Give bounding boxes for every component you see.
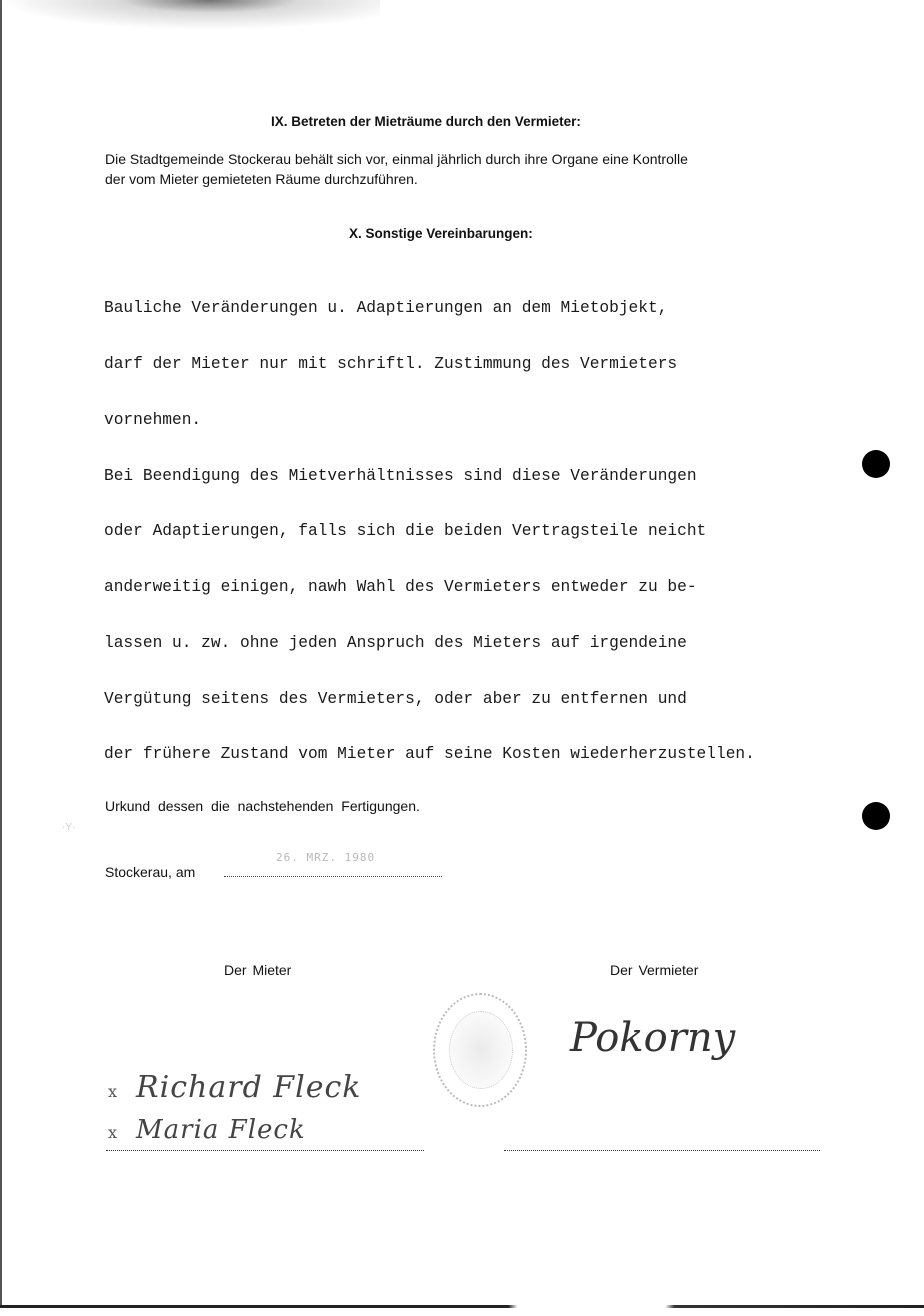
place-label: Stockerau, am	[105, 864, 195, 880]
coat-of-arms-icon	[449, 1011, 513, 1089]
typewritten-line: Bei Beendigung des Mietverhältnisses sin…	[104, 467, 755, 486]
section-ix-heading: IX. Betreten der Mieträume durch den Ver…	[271, 114, 581, 129]
cross-mark: x	[108, 1082, 118, 1101]
punch-hole	[862, 802, 890, 830]
punch-hole	[862, 450, 890, 478]
page-edge	[0, 0, 2, 1308]
signature-text: Maria Fleck	[136, 1115, 306, 1145]
landlord-signature: Pokorny	[570, 1015, 735, 1061]
typewritten-line: anderweitig einigen, nawh Wahl des Vermi…	[104, 578, 755, 597]
cross-mark: x	[108, 1123, 118, 1142]
section-x-heading: X. Sonstige Vereinbarungen:	[349, 226, 533, 241]
typewritten-line: lassen u. zw. ohne jeden Anspruch des Mi…	[104, 634, 755, 653]
tenant-signature: xMaria Fleck	[108, 1115, 306, 1145]
tenant-signature: xRichard Fleck	[108, 1070, 361, 1105]
typewritten-line: vornehmen.	[104, 411, 755, 430]
signature-text: Richard Fleck	[136, 1070, 361, 1105]
scan-shadow	[0, 0, 380, 30]
section-x-typewritten-text: Bauliche Veränderungen u. Adaptierungen …	[104, 262, 755, 783]
landlord-signature-line	[504, 1150, 820, 1151]
paragraph-line: Die Stadtgemeinde Stockerau behält sich …	[105, 149, 688, 169]
tenant-label: Der Mieter	[224, 962, 291, 978]
typewritten-line: oder Adaptierungen, falls sich die beide…	[104, 522, 755, 541]
typewritten-line: der frühere Zustand vom Mieter auf seine…	[104, 745, 755, 764]
section-ix-paragraph: Die Stadtgemeinde Stockerau behält sich …	[105, 149, 688, 189]
tenant-signature-line	[106, 1150, 424, 1151]
typewritten-line: Vergütung seitens des Vermieters, oder a…	[104, 690, 755, 709]
page-edge	[0, 1305, 924, 1308]
landlord-label: Der Vermieter	[610, 962, 698, 978]
typewritten-line: darf der Mieter nur mit schriftl. Zustim…	[104, 355, 755, 374]
paragraph-line: der vom Mieter gemieteten Räume durchzuf…	[105, 169, 688, 189]
date-stamp: 26. MRZ. 1980	[276, 851, 375, 864]
date-field-line	[224, 876, 442, 877]
faint-mark: ·Y·	[62, 822, 75, 833]
official-seal	[433, 993, 527, 1107]
typewritten-line: Bauliche Veränderungen u. Adaptierungen …	[104, 299, 755, 318]
urkund-statement: Urkund dessen die nachstehenden Fertigun…	[105, 798, 420, 814]
